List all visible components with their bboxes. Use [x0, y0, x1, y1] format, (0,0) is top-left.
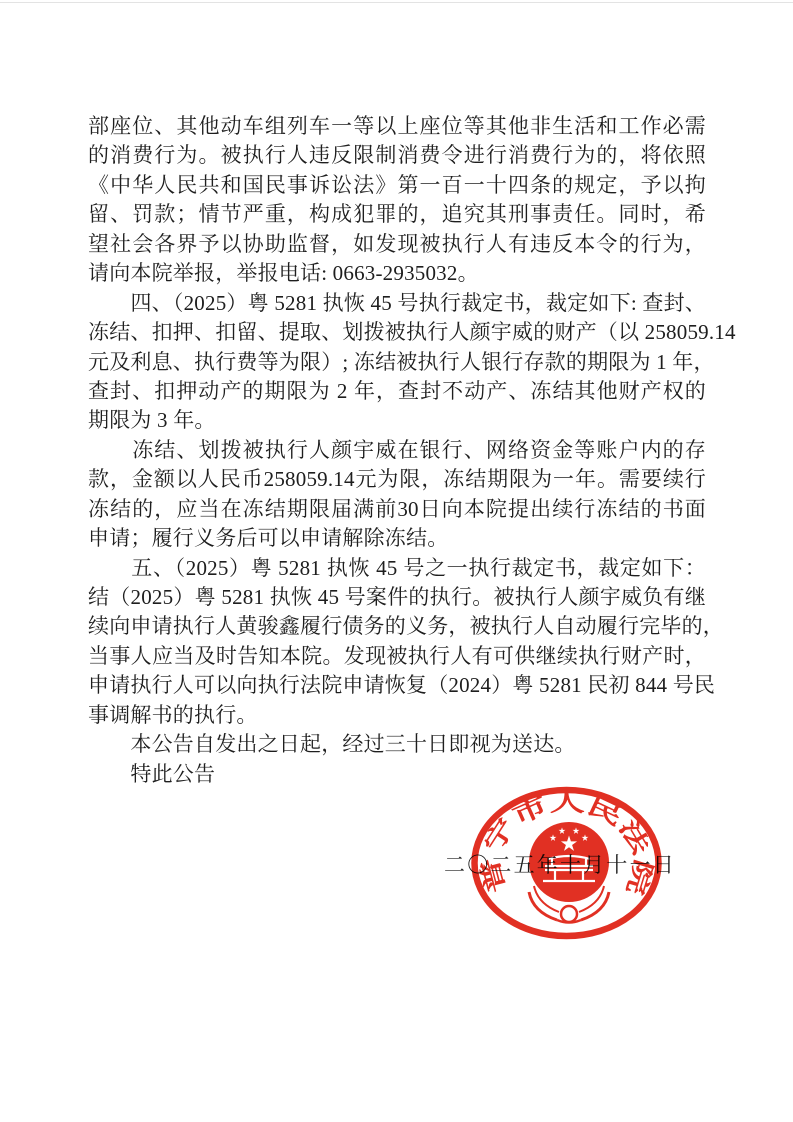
document-line: 的消费行为。被执行人违反限制消费令进行消费行为的，将依照: [88, 141, 706, 170]
national-emblem-icon: [529, 822, 609, 923]
document-line: 查封、扣押动产的期限为 2 年，查封不动产、冻结其他财产权的: [88, 377, 706, 406]
document-page: { "page": { "width": 793, "height": 1122…: [0, 0, 793, 1122]
document-line: 本公告自发出之日起，经过三十日即视为送达。: [88, 730, 706, 759]
document-line: 申请；履行义务后可以申请解除冻结。: [88, 524, 706, 553]
document-line: 事调解书的执行。: [88, 701, 706, 730]
document-line: 五、（2025）粤 5281 执恢 45 号之一执行裁定书，裁定如下：: [88, 554, 706, 583]
document-line: 期限为 3 年。: [88, 406, 706, 435]
document-line: 望社会各界予以协助监督，如发现被执行人有违反本令的行为，: [88, 230, 706, 259]
document-line: 留、罚款；情节严重，构成犯罪的，追究其刑事责任。同时，希: [88, 200, 706, 229]
document-line: 结（2025）粤 5281 执恢 45 号案件的执行。被执行人颜宇威负有继: [88, 583, 706, 612]
gear-icon: [561, 906, 577, 922]
document-line: 四、（2025）粤 5281 执恢 45 号执行裁定书，裁定如下: 查封、: [88, 289, 706, 318]
document-line: 款，金额以人民币258059.14元为限，冻结期限为一年。需要续行: [88, 465, 706, 494]
document-line: 请向本院举报，举报电话: 0663-2935032。: [88, 259, 706, 288]
document-line: 《中华人民共和国民事诉讼法》第一百一十四条的规定，予以拘: [88, 171, 706, 200]
notice-body: 部座位、其他动车组列车一等以上座位等其他非生活和工作必需 的消费行为。被执行人违…: [88, 112, 706, 789]
page-top-edge: [0, 2, 793, 3]
document-line: 部座位、其他动车组列车一等以上座位等其他非生活和工作必需: [88, 112, 706, 141]
document-line: 元及利息、执行费等为限）; 冻结被执行人银行存款的期限为 1 年，: [88, 348, 706, 377]
document-line: 当事人应当及时告知本院。发现被执行人有可供继续执行财产时，: [88, 642, 706, 671]
official-court-seal: 普宁市人民法院: [468, 784, 665, 942]
document-line: 申请执行人可以向执行法院申请恢复（2024）粤 5281 民初 844 号民: [88, 671, 706, 700]
document-line: 续向申请执行人黄骏鑫履行债务的义务，被执行人自动履行完毕的，: [88, 612, 706, 641]
document-line: 冻结、扣押、扣留、提取、划拨被执行人颜宇威的财产（以 258059.14: [88, 318, 706, 347]
document-line: 冻结的，应当在冻结期限届满前30日向本院提出续行冻结的书面: [88, 495, 706, 524]
document-line: 冻结、划拨被执行人颜宇威在银行、网络资金等账户内的存: [88, 436, 706, 465]
ribbon-icon: [557, 920, 581, 923]
